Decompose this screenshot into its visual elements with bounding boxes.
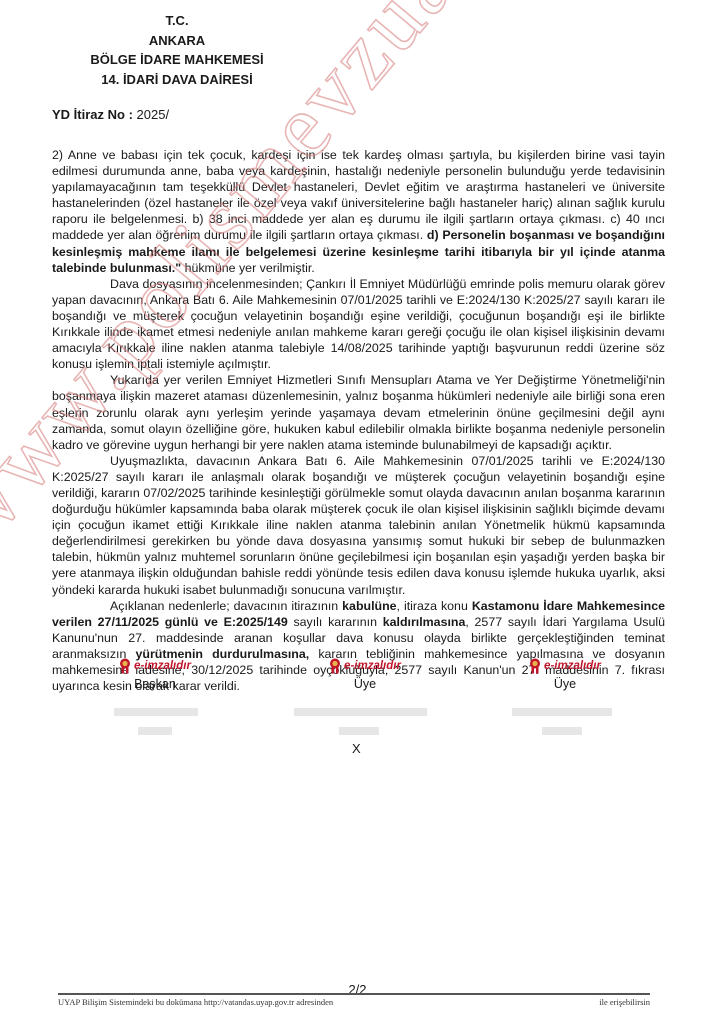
redacted-id <box>138 727 172 735</box>
signature-president: e-imzalıdır Başkan <box>75 657 235 691</box>
e-signature-stamp: e-imzalıdır <box>285 657 445 675</box>
header-chamber: 14. İDARİ DAVA DAİRESİ <box>37 70 317 90</box>
paragraph-regulation-scope: Yukarıda yer verilen Emniyet Hizmetleri … <box>52 372 665 452</box>
footer-access-note: ile erişebilirsin <box>599 997 650 1007</box>
header-court: BÖLGE İDARE MAHKEMESİ <box>37 50 317 70</box>
redacted-name <box>114 708 198 716</box>
paragraph-case-facts: Dava dosyasının incelenmesinden; Çankırı… <box>52 276 665 373</box>
redacted-name <box>512 708 612 716</box>
text-span: , itiraza konu <box>397 599 472 613</box>
redacted-name <box>294 708 427 716</box>
header-city: ANKARA <box>37 31 317 51</box>
bold-span: kabulüne <box>342 599 396 613</box>
e-signature-label: e-imzalıdır <box>344 660 401 672</box>
footer-uyap-note: UYAP Bilişim Sistemindeki bu dokümana ht… <box>58 997 333 1007</box>
signature-member-2: e-imzalıdır Üye <box>485 657 645 691</box>
text-span: hükmüne yer verilmiştir. <box>181 261 315 275</box>
e-signature-label: e-imzalıdır <box>544 660 601 672</box>
signature-role: Başkan <box>75 677 235 691</box>
e-signature-rosette-icon <box>119 658 131 674</box>
court-decision-page: T.C. ANKARA BÖLGE İDARE MAHKEMESİ 14. İD… <box>0 0 715 1024</box>
redacted-id <box>542 727 582 735</box>
yd-itiraz-label: YD İtiraz No : <box>52 107 133 122</box>
paragraph-regulation-quote: 2) Anne ve babası için tek çocuk, kardeş… <box>52 147 665 276</box>
signature-role: Üye <box>485 677 645 691</box>
header-tc: T.C. <box>37 11 317 31</box>
e-signature-label: e-imzalıdır <box>134 660 191 672</box>
redacted-id <box>339 727 379 735</box>
paragraph-dispute-assessment: Uyuşmazlıkta, davacının Ankara Batı 6. A… <box>52 453 665 598</box>
footer-divider <box>58 993 650 995</box>
yd-itiraz-value: 2025/ <box>133 107 169 122</box>
dissent-mark: X <box>352 741 361 756</box>
bold-span: kaldırılmasına <box>383 615 466 629</box>
text-span: sayılı kararının <box>288 615 383 629</box>
e-signature-rosette-icon <box>329 658 341 674</box>
decision-body: 2) Anne ve babası için tek çocuk, kardeş… <box>52 147 665 694</box>
e-signature-stamp: e-imzalıdır <box>485 657 645 675</box>
court-header: T.C. ANKARA BÖLGE İDARE MAHKEMESİ 14. İD… <box>37 11 317 89</box>
signature-role: Üye <box>285 677 445 691</box>
signature-member-1: e-imzalıdır Üye <box>285 657 445 691</box>
text-span: Açıklanan nedenlerle; davacının itirazın… <box>110 599 342 613</box>
e-signature-rosette-icon <box>529 658 541 674</box>
yd-itiraz-number: YD İtiraz No : 2025/ <box>52 107 169 122</box>
e-signature-stamp: e-imzalıdır <box>75 657 235 675</box>
